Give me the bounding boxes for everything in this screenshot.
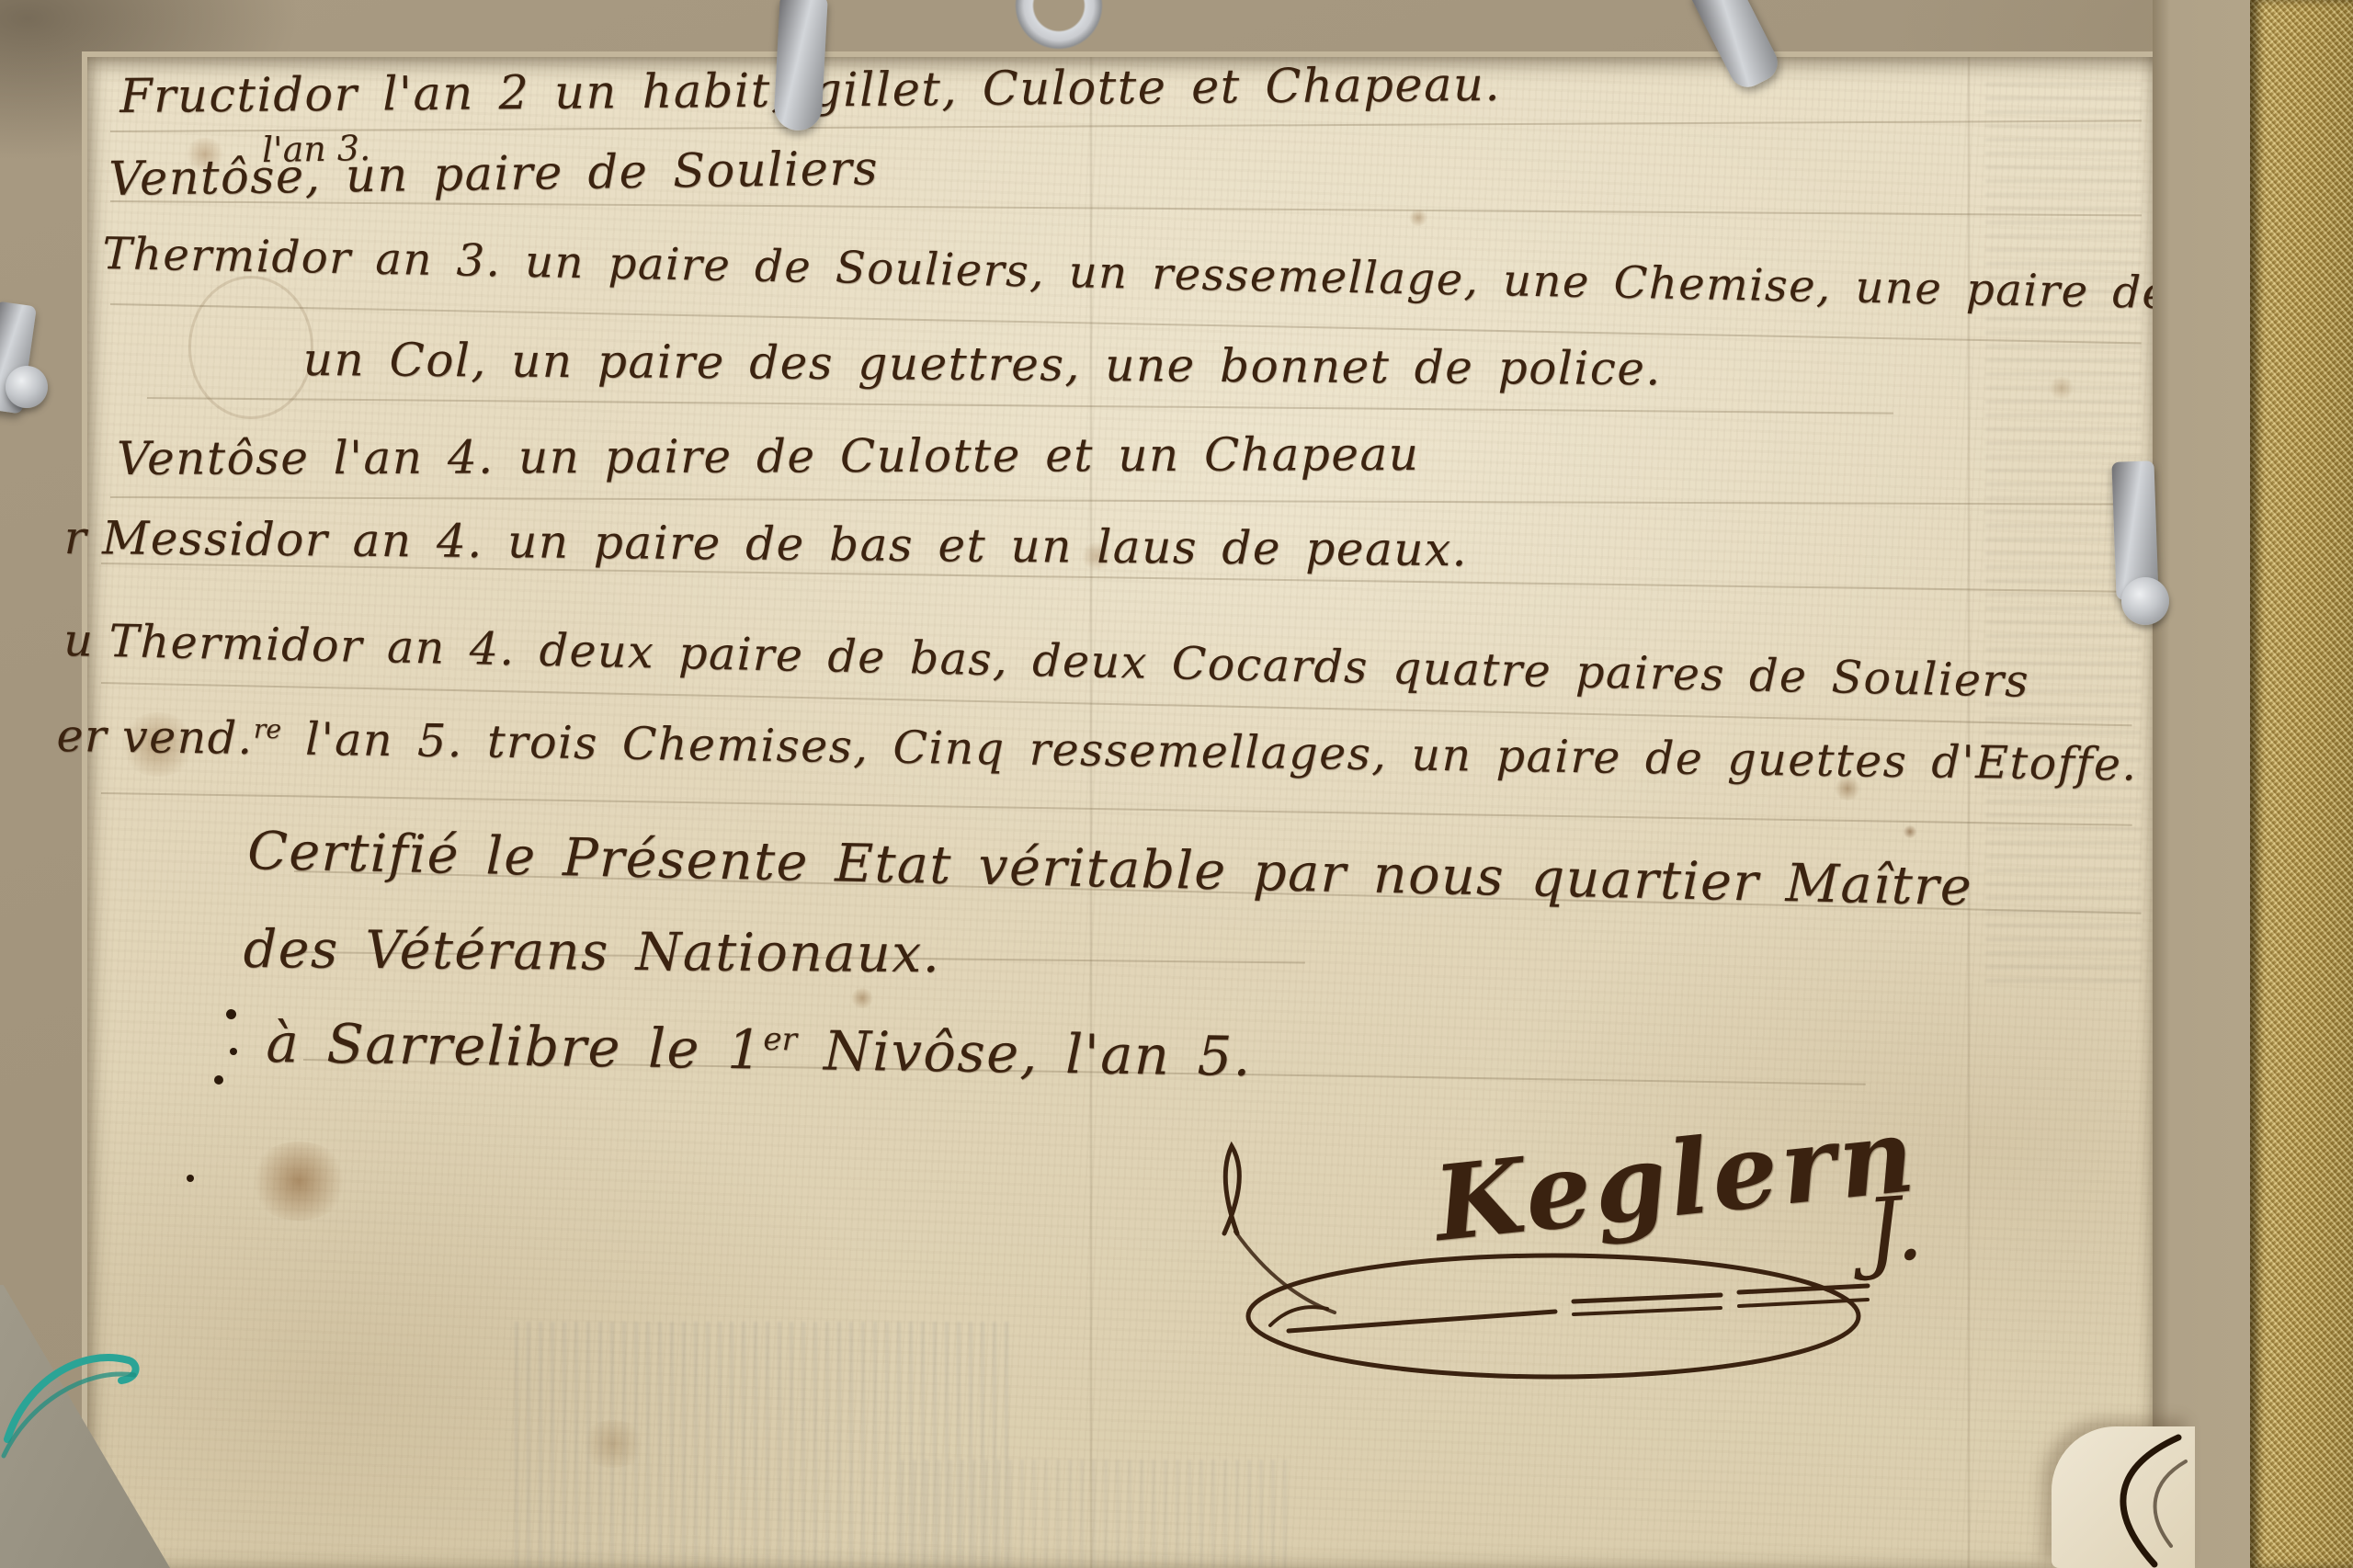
manuscript-line-4: un Col, un paire des guettres, une bonne… <box>303 333 1662 395</box>
manuscript-line-2: Ventôse, un paire de Souliers <box>108 142 879 207</box>
margin-fragment: r <box>63 511 87 564</box>
line-text: Ventôse, un paire de Souliers <box>108 142 879 207</box>
line-text: des Vétérans Nationaux. <box>244 919 941 984</box>
line-text: un Col, un paire des guettres, une bonne… <box>303 333 1662 395</box>
line-text: vend. <box>122 710 254 765</box>
framed-manuscript-photo: Fructidor l'an 2 un habit, gillet, Culot… <box>0 0 2353 1568</box>
ink-dot <box>226 1009 236 1019</box>
mat-board-right-strip <box>2153 0 2250 1568</box>
ink-dot <box>187 1175 194 1182</box>
ink-stain <box>248 1142 349 1221</box>
line-text: Nivôse, l'an 5. <box>796 1018 1252 1088</box>
framing-clip-left-head <box>6 366 48 408</box>
green-twist-tie <box>0 1294 156 1469</box>
stamp-ghost-ring <box>188 276 313 419</box>
margin-fragment: u <box>63 614 95 667</box>
signature-paraph <box>1167 1103 1939 1397</box>
superscript-text: re <box>254 714 282 744</box>
hanging-ring-clip-top-center <box>1011 0 1107 53</box>
stain <box>850 988 874 1008</box>
superscript-text: er <box>763 1021 797 1059</box>
certification-line-2: des Vétérans Nationaux. <box>244 919 941 984</box>
stain <box>579 1420 647 1468</box>
margin-fragment: er <box>56 710 108 763</box>
ink-dot <box>214 1075 223 1085</box>
manuscript-line-5: Ventôse l'an 4. un paire de Culotte et u… <box>117 427 1420 485</box>
line-text: Ventôse l'an 4. un paire de Culotte et u… <box>117 427 1420 485</box>
stain <box>2048 377 2075 399</box>
line-text: à Sarrelibre le 1 <box>266 1011 764 1082</box>
stain <box>1903 825 1917 838</box>
ink-dot <box>230 1048 237 1055</box>
stain <box>1408 210 1428 226</box>
framing-clip-top-left <box>773 0 828 131</box>
verso-showthrough <box>901 1460 1287 1568</box>
gold-frame-edge <box>2250 0 2353 1568</box>
framing-clip-right-head <box>2121 577 2169 625</box>
ink-bracket-mark <box>2066 1434 2213 1568</box>
